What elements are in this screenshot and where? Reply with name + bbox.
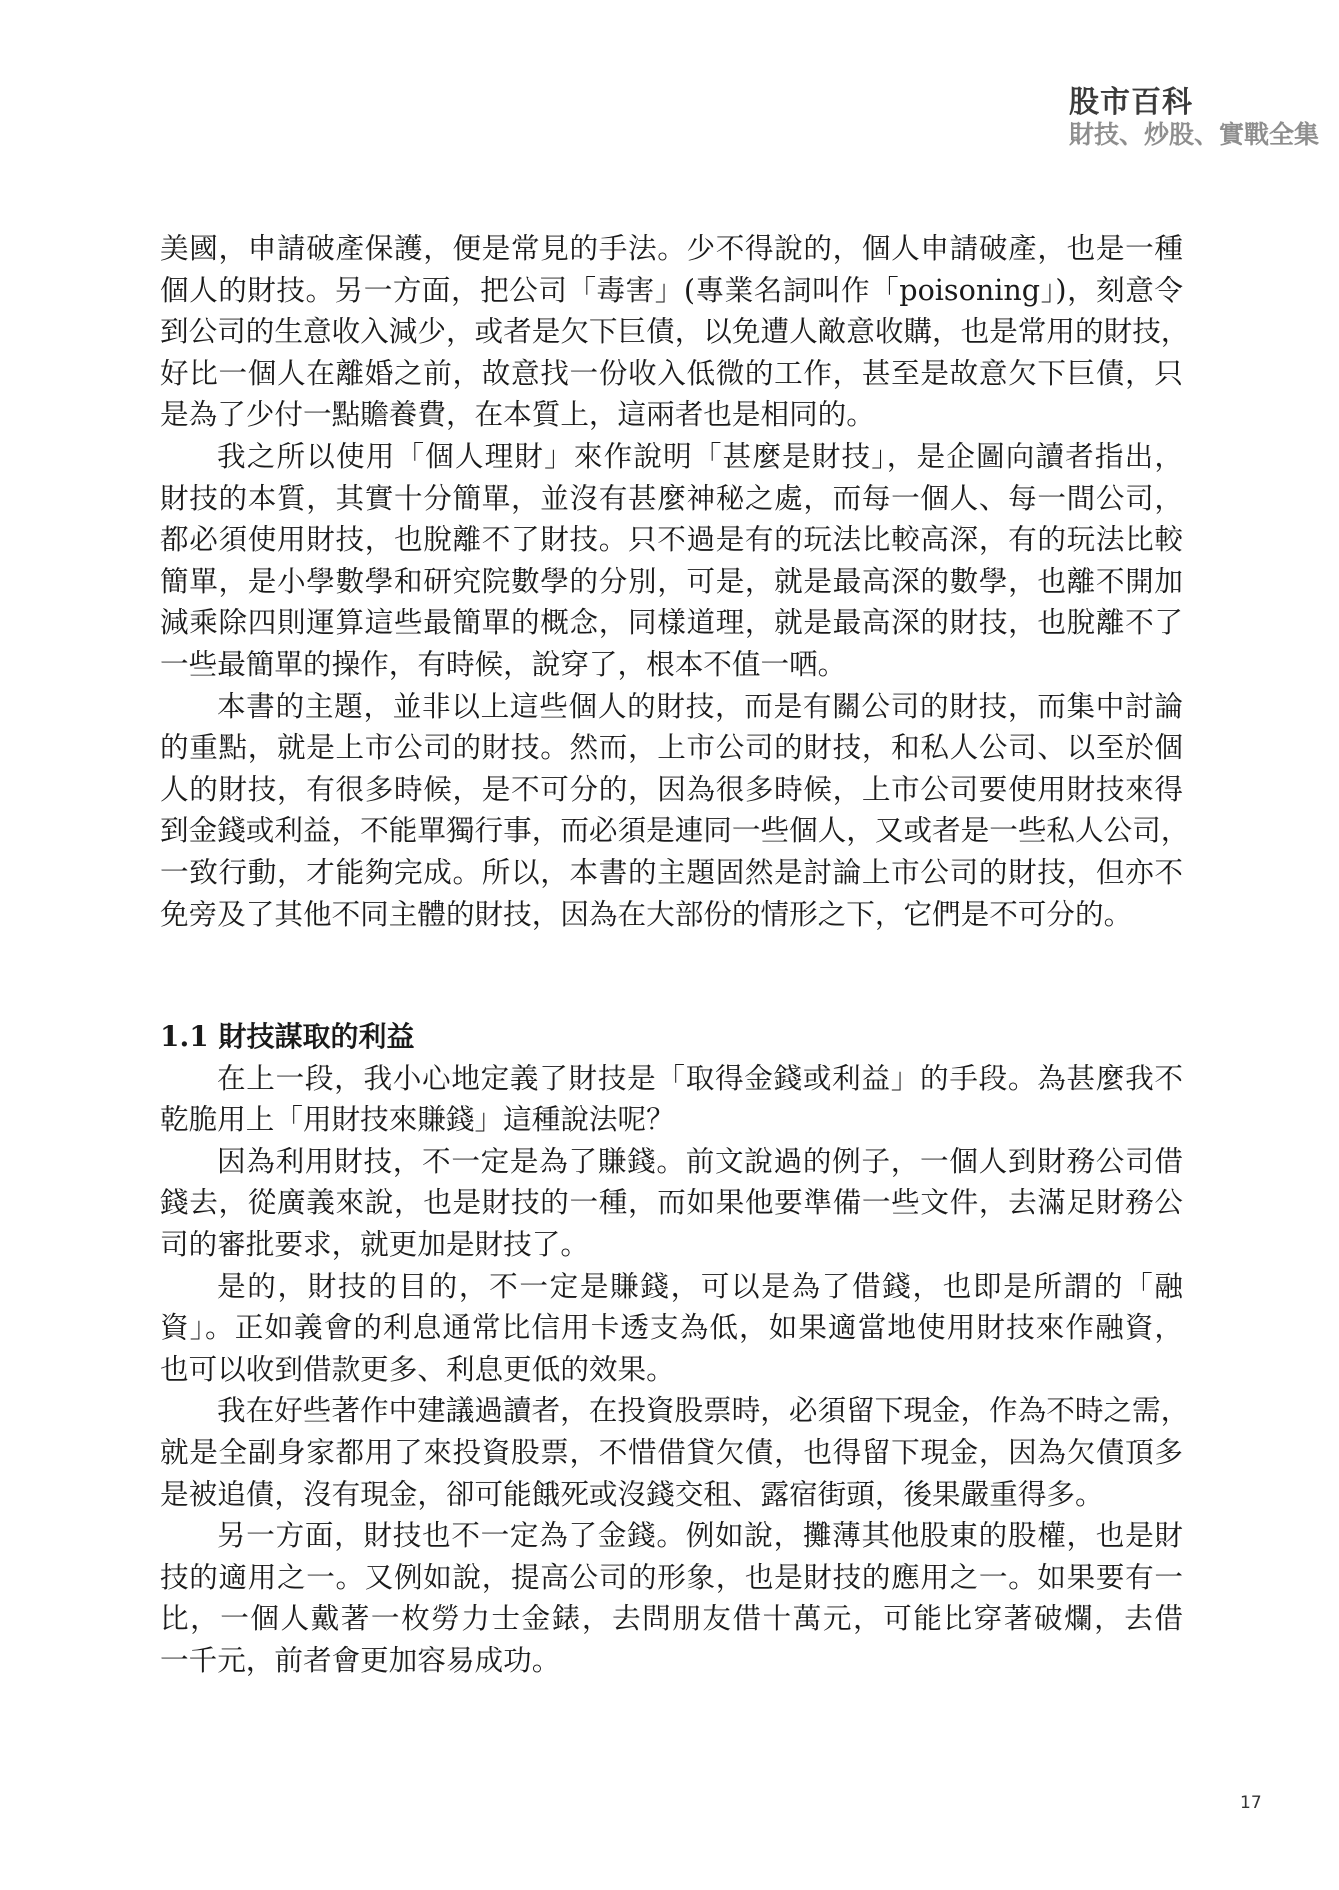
text-line: 到金錢或利益，不能單獨行事，而必須是連同一些個人，又或者是一些私人公司，	[160, 810, 1183, 852]
text-line: 因為利用財技，不一定是為了賺錢。前文說過的例子，一個人到財務公司借	[160, 1141, 1183, 1183]
text-line: 資」。正如義會的利息通常比信用卡透支為低，如果適當地使用財技來作融資，	[160, 1307, 1183, 1349]
text-line: 錢去，從廣義來說，也是財技的一種，而如果他要準備一些文件，去滿足財務公	[160, 1182, 1183, 1224]
paragraph: 是的，財技的目的，不一定是賺錢，可以是為了借錢，也即是所謂的「融 資」。正如義會…	[160, 1266, 1183, 1391]
text-line: 好比一個人在離婚之前，故意找一份收入低微的工作，甚至是故意欠下巨債，只	[160, 353, 1183, 395]
text-line: 是為了少付一點贍養費，在本質上，這兩者也是相同的。	[160, 394, 1183, 436]
paragraph: 因為利用財技，不一定是為了賺錢。前文說過的例子，一個人到財務公司借 錢去，從廣義…	[160, 1141, 1183, 1266]
text-line: 都必須使用財技，也脫離不了財技。只不過是有的玩法比較高深，有的玩法比較	[160, 519, 1183, 561]
paragraph: 我之所以使用「個人理財」來作說明「甚麼是財技」，是企圖向讀者指出， 財技的本質，…	[160, 436, 1183, 686]
text-line: 乾脆用上「用財技來賺錢」這種說法呢？	[160, 1099, 1183, 1141]
section-spacer	[160, 935, 1183, 1016]
section-heading: 1.1 財技謀取的利益	[160, 1016, 1183, 1058]
page-number: 17	[1240, 1793, 1262, 1813]
text-line: 在上一段，我小心地定義了財技是「取得金錢或利益」的手段。為甚麼我不	[160, 1058, 1183, 1100]
book-subtitle: 財技、炒股、實戰全集	[1069, 120, 1299, 150]
paragraph: 另一方面，財技也不一定為了金錢。例如說，攤薄其他股東的股權，也是財 技的適用之一…	[160, 1515, 1183, 1681]
paragraph: 我在好些著作中建議過讀者，在投資股票時，必須留下現金，作為不時之需， 就是全副身…	[160, 1390, 1183, 1515]
text-line: 人的財技，有很多時候，是不可分的，因為很多時候，上市公司要使用財技來得	[160, 769, 1183, 811]
text-line: 財技的本質，其實十分簡單，並沒有甚麼神秘之處，而每一個人、每一間公司，	[160, 478, 1183, 520]
paragraph: 在上一段，我小心地定義了財技是「取得金錢或利益」的手段。為甚麼我不 乾脆用上「用…	[160, 1058, 1183, 1141]
paragraph: 美國，申請破產保護，便是常見的手法。少不得說的，個人申請破產，也是一種 個人的財…	[160, 228, 1183, 436]
text-line: 就是全副身家都用了來投資股票，不惜借貸欠債，也得留下現金，因為欠債頂多	[160, 1432, 1183, 1474]
text-line: 技的適用之一。又例如說，提高公司的形象，也是財技的應用之一。如果要有一	[160, 1557, 1183, 1599]
text-line: 是被追債，沒有現金，卻可能餓死或沒錢交租、露宿街頭，後果嚴重得多。	[160, 1474, 1183, 1516]
text-line: 比，一個人戴著一枚勞力士金錶，去問朋友借十萬元，可能比穿著破爛，去借	[160, 1598, 1183, 1640]
text-line: 本書的主題，並非以上這些個人的財技，而是有關公司的財技，而集中討論	[160, 686, 1183, 728]
text-line: 一致行動，才能夠完成。所以，本書的主題固然是討論上市公司的財技，但亦不	[160, 852, 1183, 894]
book-title: 股市百科	[1069, 86, 1299, 120]
text-line: 一千元，前者會更加容易成功。	[160, 1640, 1183, 1682]
text-line: 的重點，就是上市公司的財技。然而，上市公司的財技，和私人公司、以至於個	[160, 727, 1183, 769]
text-line: 免旁及了其他不同主體的財技，因為在大部份的情形之下，它們是不可分的。	[160, 894, 1183, 936]
text-line: 也可以收到借款更多、利息更低的效果。	[160, 1349, 1183, 1391]
text-line: 一些最簡單的操作，有時候，說穿了，根本不值一哂。	[160, 644, 1183, 686]
running-header: 股市百科 財技、炒股、實戰全集	[1069, 86, 1299, 150]
text-line: 到公司的生意收入減少，或者是欠下巨債，以免遭人敵意收購，也是常用的財技，	[160, 311, 1183, 353]
text-line: 司的審批要求，就更加是財技了。	[160, 1224, 1183, 1266]
text-line: 減乘除四則運算這些最簡單的概念，同樣道理，就是最高深的財技，也脫離不了	[160, 602, 1183, 644]
text-line: 是的，財技的目的，不一定是賺錢，可以是為了借錢，也即是所謂的「融	[160, 1266, 1183, 1308]
text-line: 個人的財技。另一方面，把公司「毒害」(專業名詞叫作「poisoning」)，刻意…	[160, 270, 1183, 312]
text-line: 另一方面，財技也不一定為了金錢。例如說，攤薄其他股東的股權，也是財	[160, 1515, 1183, 1557]
text-line: 我在好些著作中建議過讀者，在投資股票時，必須留下現金，作為不時之需，	[160, 1390, 1183, 1432]
text-line: 簡單，是小學數學和研究院數學的分別，可是，就是最高深的數學，也離不開加	[160, 561, 1183, 603]
paragraph: 本書的主題，並非以上這些個人的財技，而是有關公司的財技，而集中討論 的重點，就是…	[160, 686, 1183, 936]
text-line: 我之所以使用「個人理財」來作說明「甚麼是財技」，是企圖向讀者指出，	[160, 436, 1183, 478]
page-body: 美國，申請破產保護，便是常見的手法。少不得說的，個人申請破產，也是一種 個人的財…	[160, 228, 1183, 1682]
text-line: 美國，申請破產保護，便是常見的手法。少不得說的，個人申請破產，也是一種	[160, 228, 1183, 270]
